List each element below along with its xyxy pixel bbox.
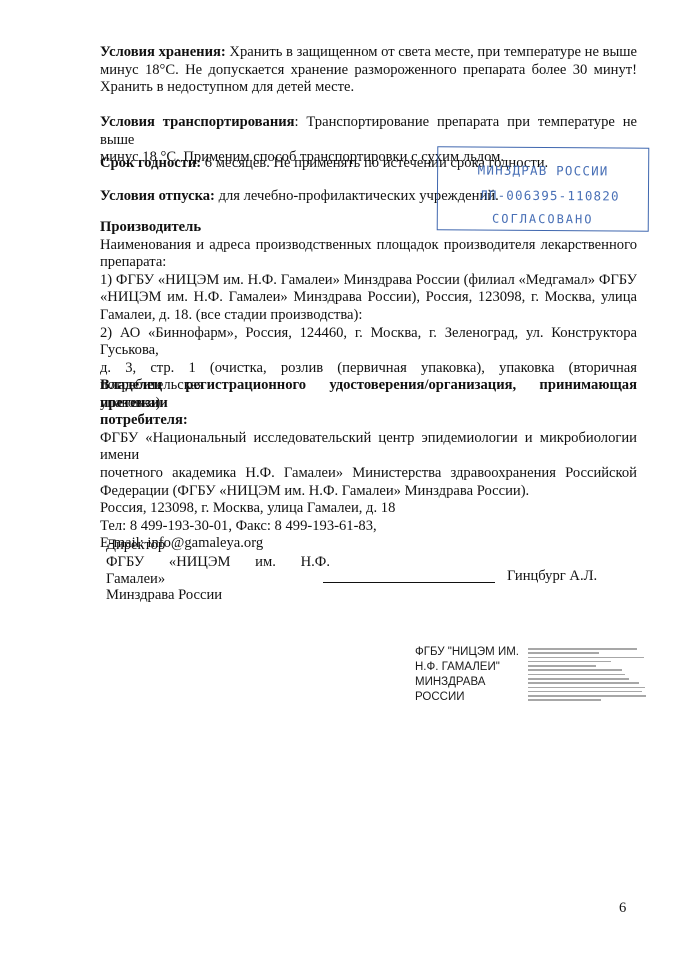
signatory-org-line-2: Гамалеи» (106, 571, 330, 588)
signatory-org-line-3: Минздрава России (106, 587, 330, 604)
digital-signature-org: ФГБУ "НИЦЭМ ИМ. Н.Ф. ГАМАЛЕИ" МИНЗДРАВА … (415, 645, 525, 705)
stamp-ministry: МИНЗДРАВ РОССИИ (438, 161, 648, 180)
registration-holder-section: Владелец регистрационного удостоверения/… (100, 377, 637, 553)
holder-phone-fax: Тел: 8 499-193-30-01, Факс: 8 499-193-61… (100, 518, 637, 536)
storage-line-2: минус 18°C. Не допускается хранение разм… (100, 62, 637, 80)
manufacturer-line: Наименования и адреса производственных п… (100, 237, 637, 255)
manufacturer-line: препарата: (100, 254, 637, 272)
document-page: Условия хранения: Хранить в защищенном о… (0, 0, 679, 960)
storage-conditions-section: Условия хранения: Хранить в защищенном о… (100, 44, 637, 97)
holder-address: Россия, 123098, г. Москва, улица Гамалеи… (100, 500, 637, 518)
signature-line (323, 582, 495, 583)
digital-signature-details (528, 648, 646, 704)
manufacturer-line: 1) ФГБУ «НИЦЭМ им. Н.Ф. Гамалеи» Минздра… (100, 272, 637, 290)
holder-line: ФГБУ «Национальный исследовательский цен… (100, 430, 637, 465)
manufacturer-heading: Производитель (100, 219, 637, 237)
manufacturer-line: 2) АО «Биннофарм», Россия, 124460, г. Мо… (100, 325, 637, 360)
signatory-position: Директор ФГБУ «НИЦЭМ им. Н.Ф. Гамалеи» М… (106, 537, 330, 604)
manufacturer-line: Гамалеи, д. 18. (все стадии производства… (100, 307, 637, 325)
storage-line-1: Условия хранения: Хранить в защищенном о… (100, 44, 637, 62)
transport-line-1: Условия транспортирования: Транспортиров… (100, 114, 637, 149)
stamp-registration-number: ЛП-006395-110820 (438, 186, 648, 205)
signatory-name: Гинцбург А.Л. (507, 568, 597, 586)
storage-label: Условия хранения: (100, 44, 226, 60)
holder-line: Федерации (ФГБУ «НИЦЭМ им. Н.Ф. Гамалеи»… (100, 483, 637, 501)
page-number: 6 (619, 900, 626, 918)
holder-heading-line-1: Владелец регистрационного удостоверения/… (100, 377, 637, 412)
holder-line: почетного академика Н.Ф. Гамалеи» Минист… (100, 465, 637, 483)
dispensing-label: Условия отпуска: (100, 188, 215, 204)
signatory-title: Директор (106, 537, 330, 554)
transport-label: Условия транспортирования (100, 114, 295, 130)
signatory-org-line-1: ФГБУ «НИЦЭМ им. Н.Ф. (106, 554, 330, 571)
manufacturer-line: «НИЦЭМ им. Н.Ф. Гамалеи» Минздрава Росси… (100, 289, 637, 307)
holder-heading-line-2: потребителя: (100, 412, 637, 430)
storage-line-3: Хранить в недоступном для детей месте. (100, 79, 637, 97)
shelf-life-label: Срок годности: (100, 155, 201, 171)
